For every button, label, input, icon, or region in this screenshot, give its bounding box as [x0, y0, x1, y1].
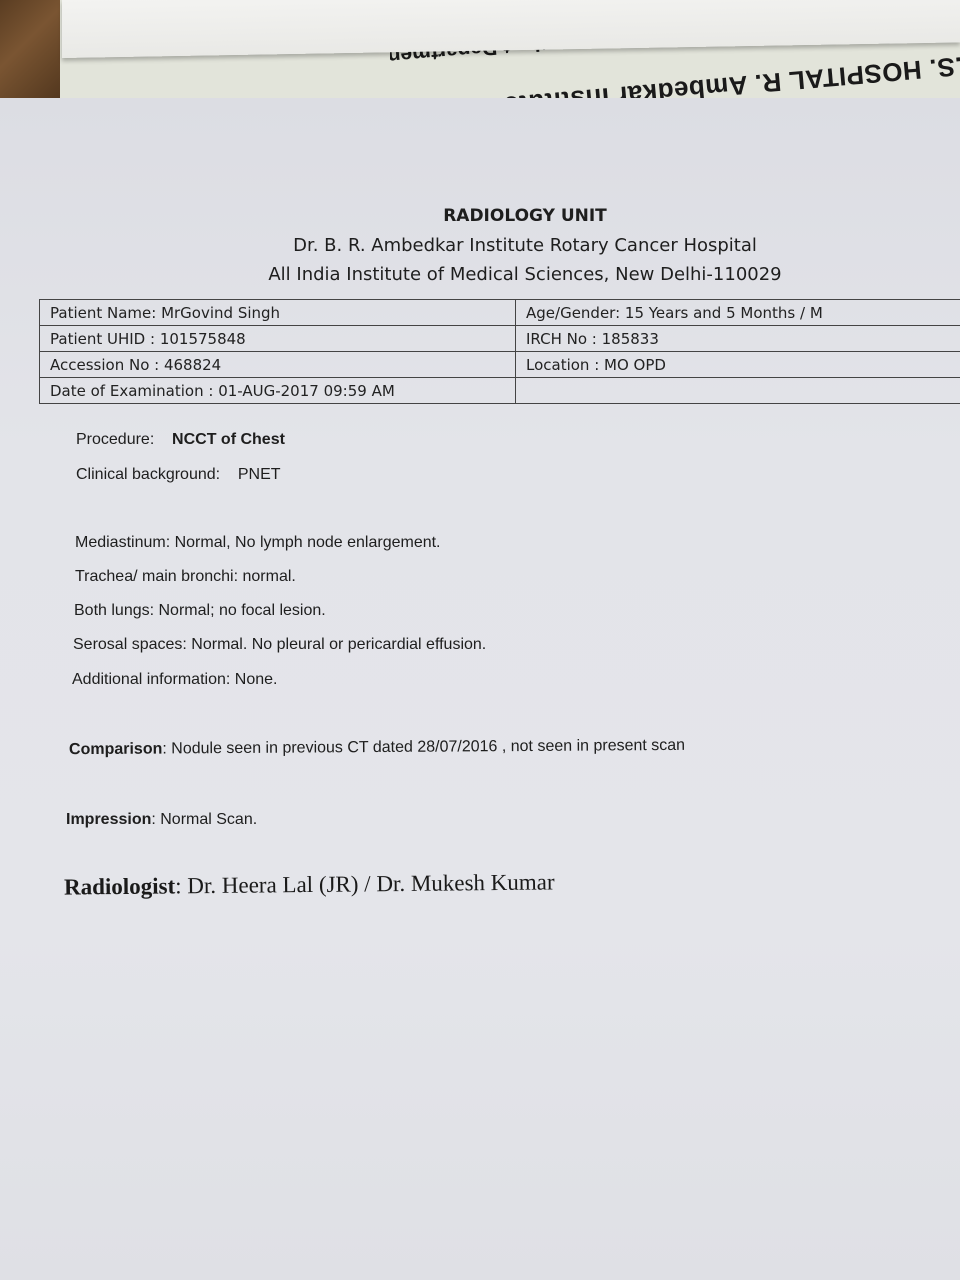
finding-lungs: Both lungs: Normal; no focal lesion. [74, 602, 326, 620]
clinical-background-line: Clinical background: PNET [76, 466, 281, 484]
patient-uhid: Patient UHID : 101575848 [40, 326, 516, 352]
table-row: Accession No : 468824 Location : MO OPD [40, 352, 960, 378]
finding-mediastinum: Mediastinum: Normal, No lymph node enlar… [75, 534, 441, 552]
impression-line: Impression: Normal Scan. [66, 811, 257, 829]
clinical-value: PNET [238, 466, 281, 483]
age-gender: Age/Gender: 15 Years and 5 Months / M [516, 300, 960, 326]
radiologist-label: Radiologist [64, 873, 175, 899]
clinical-label: Clinical background: [76, 466, 220, 483]
comparison-value: : Nodule seen in previous CT dated 28/07… [162, 737, 685, 758]
procedure-value: NCCT of Chest [172, 431, 285, 448]
hospital-name: Dr. B. R. Ambedkar Institute Rotary Canc… [0, 235, 960, 256]
empty-cell [516, 378, 960, 404]
comparison-label: Comparison [69, 740, 162, 758]
radiologist-names: : Dr. Heera Lal (JR) / Dr. Mukesh Kumar [175, 869, 555, 898]
patient-name: Patient Name: MrGovind Singh [40, 300, 516, 326]
finding-serosal: Serosal spaces: Normal. No pleural or pe… [73, 636, 486, 654]
patient-info-table: Patient Name: MrGovind Singh Age/Gender:… [39, 299, 960, 404]
radiology-report-sheet: RADIOLOGY UNIT Dr. B. R. Ambedkar Instit… [0, 98, 960, 1280]
accession-no: Accession No : 468824 [40, 352, 516, 378]
finding-additional: Additional information: None. [72, 671, 277, 689]
table-row: Patient Name: MrGovind Singh Age/Gender:… [40, 300, 960, 326]
table-row: Date of Examination : 01-AUG-2017 09:59 … [40, 378, 960, 404]
impression-value: : Normal Scan. [151, 811, 257, 828]
finding-trachea: Trachea/ main bronchi: normal. [75, 568, 296, 586]
impression-label: Impression [66, 811, 151, 828]
unit-title: RADIOLOGY UNIT [0, 206, 960, 226]
institute-name: All India Institute of Medical Sciences,… [0, 264, 960, 285]
comparison-line: Comparison: Nodule seen in previous CT d… [69, 737, 685, 759]
location: Location : MO OPD [516, 352, 960, 378]
exam-date: Date of Examination : 01-AUG-2017 09:59 … [40, 378, 516, 404]
irch-no: IRCH No : 185833 [516, 326, 960, 352]
radiologist-line: Radiologist: Dr. Heera Lal (JR) / Dr. Mu… [64, 869, 555, 900]
table-row: Patient UHID : 101575848 IRCH No : 18583… [40, 326, 960, 352]
procedure-line: Procedure: NCCT of Chest [76, 431, 285, 449]
procedure-label: Procedure: [76, 431, 154, 448]
